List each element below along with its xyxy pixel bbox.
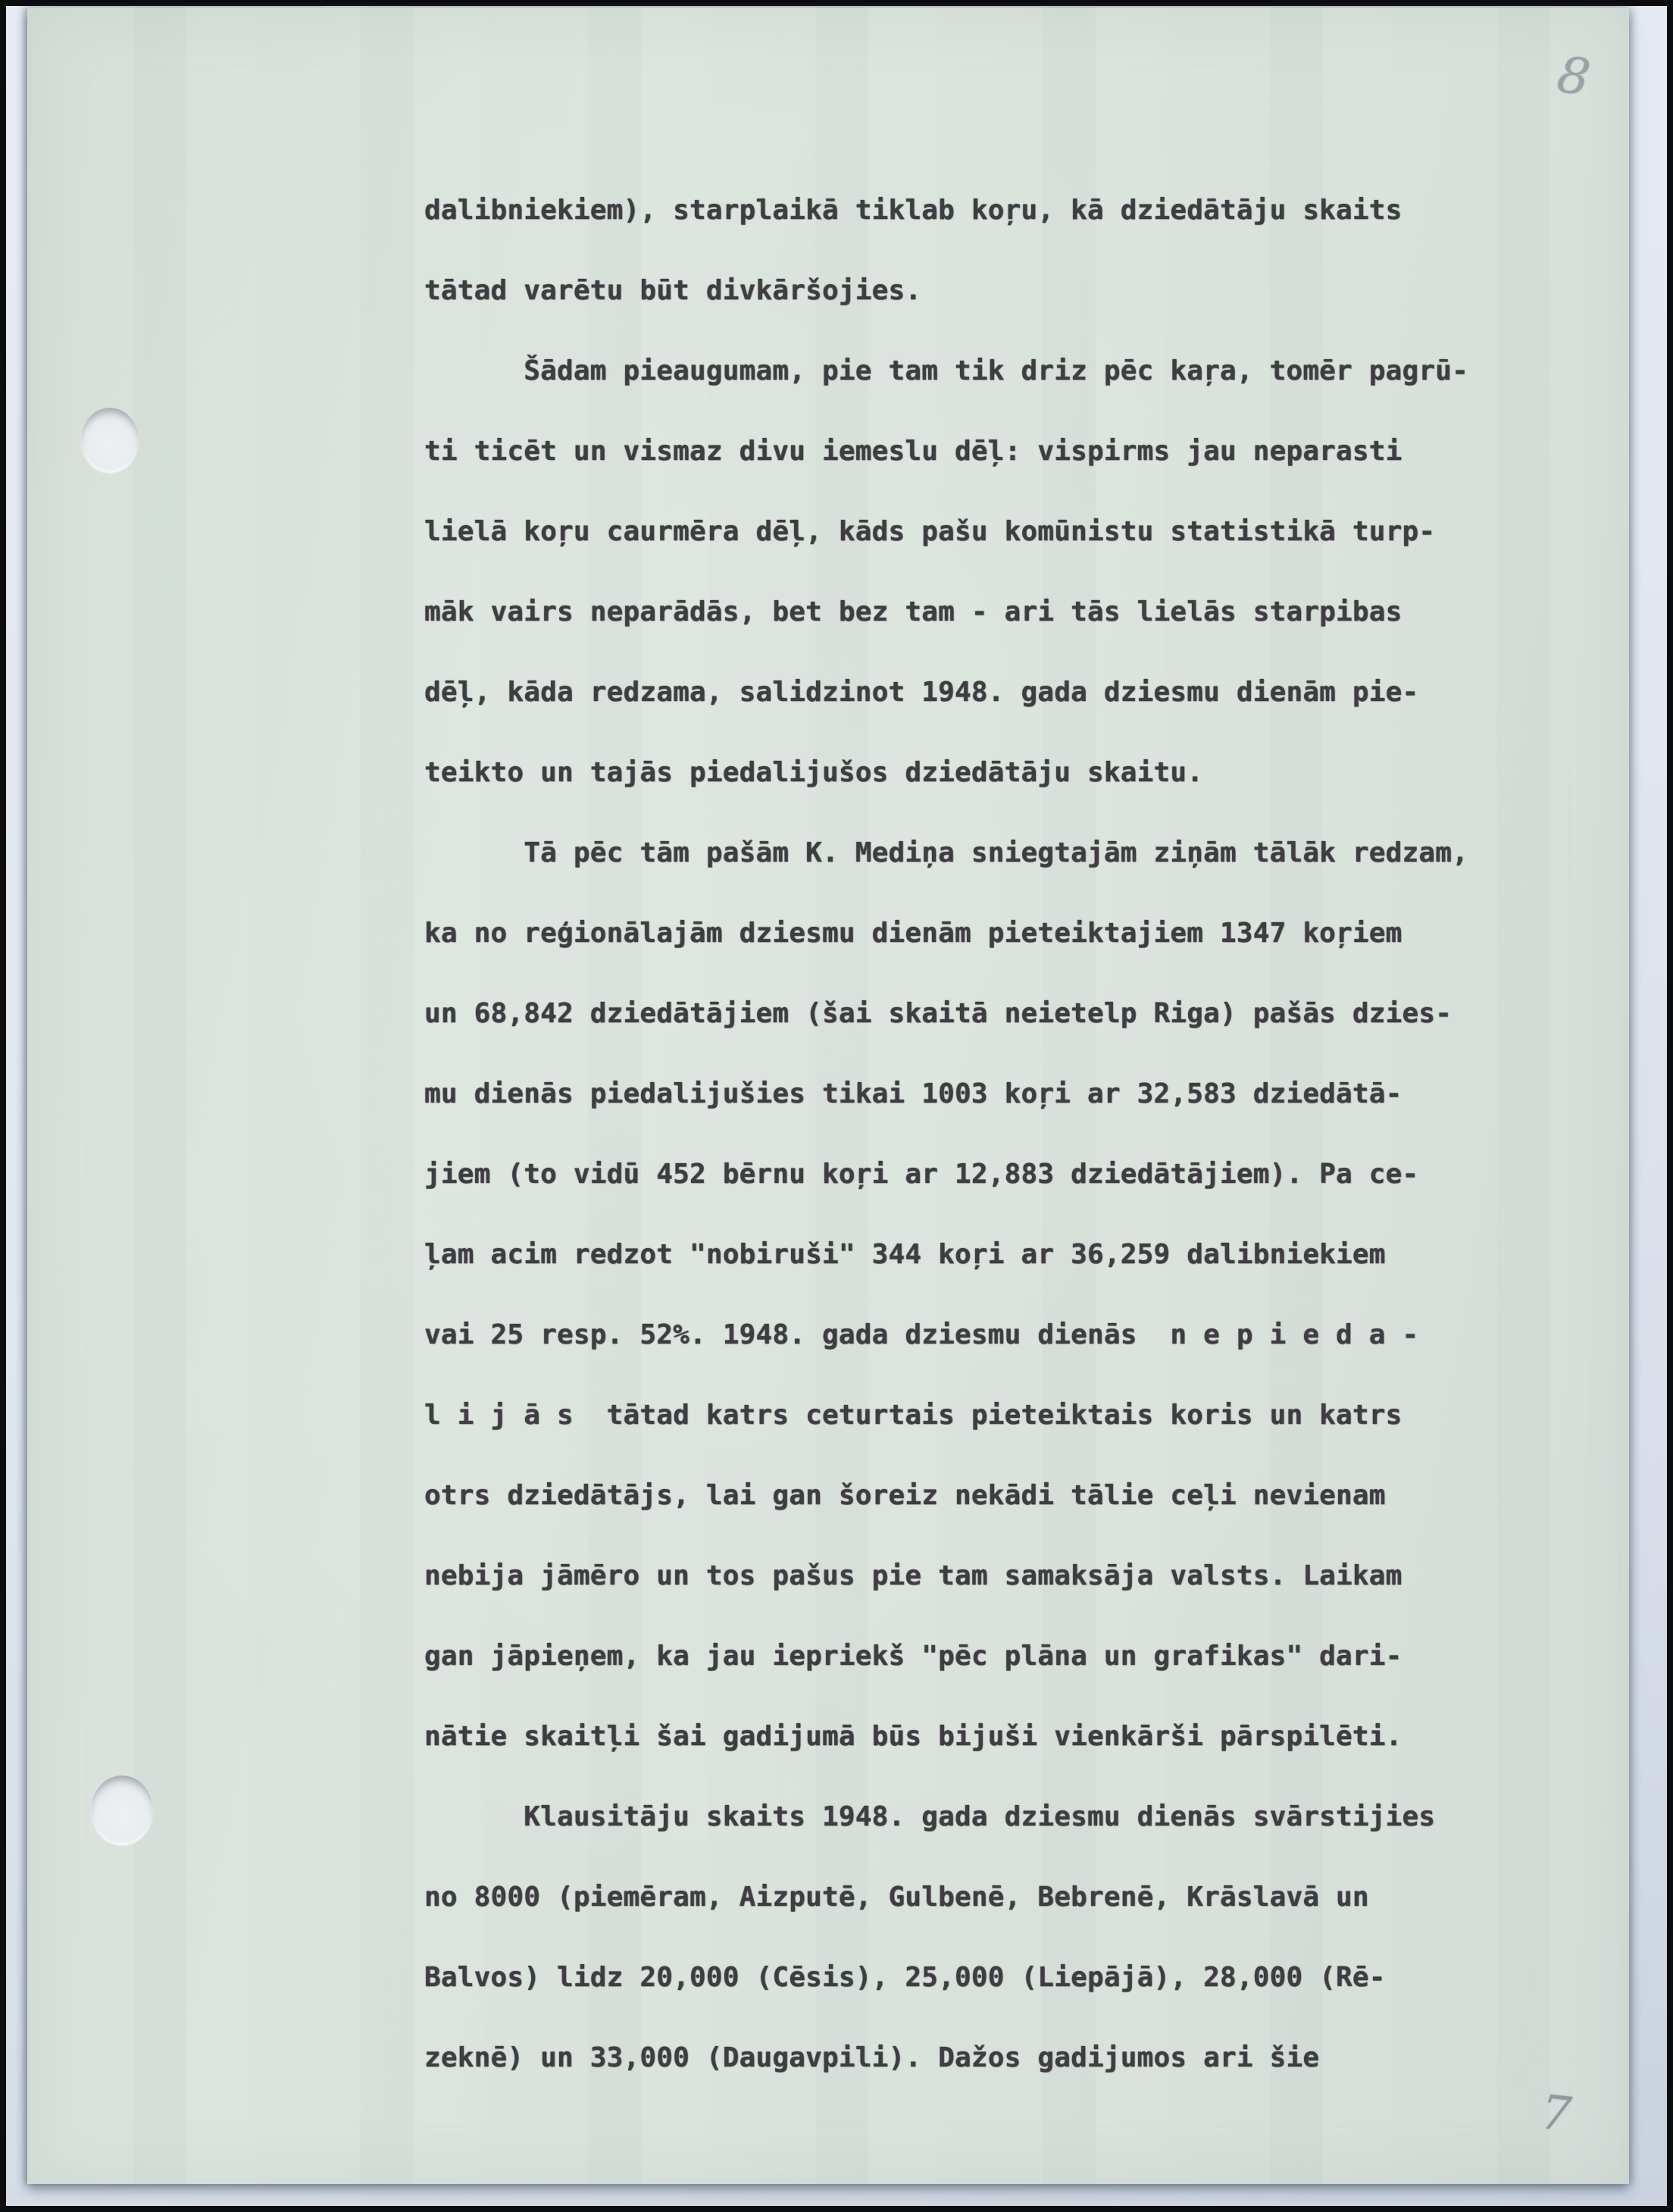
typed-line: teikto un tajās piedalijušos dziedātāju … bbox=[424, 733, 1531, 813]
typed-line: lielā koŗu caurmēra dēļ, kāds pašu komūn… bbox=[424, 492, 1531, 572]
typed-line: ļam acim redzot "nobiruši" 344 koŗi ar 3… bbox=[424, 1215, 1531, 1295]
typed-line: ka no reģionālajām dziesmu dienām pietei… bbox=[424, 893, 1531, 974]
typed-text-block: dalibniekiem), starplaikā tiklab koŗu, k… bbox=[424, 171, 1531, 2098]
scanned-document-screenshot: { "annotations": { "top_right_page_numbe… bbox=[0, 0, 1673, 2212]
typed-line: no 8000 (piemēram, Aizputē, Gulbenē, Beb… bbox=[424, 1857, 1531, 1938]
punch-hole-top bbox=[81, 408, 139, 473]
typed-line: Tā pēc tām pašām K. Mediņa sniegtajām zi… bbox=[424, 813, 1531, 893]
typed-line: mu dienās piedalijušies tikai 1003 koŗi … bbox=[424, 1054, 1531, 1134]
typed-line: nātie skaitļi šai gadijumā būs bijuši vi… bbox=[424, 1697, 1531, 1777]
typed-line: dalibniekiem), starplaikā tiklab koŗu, k… bbox=[424, 171, 1531, 251]
typed-line: ti ticēt un vismaz divu iemeslu dēļ: vis… bbox=[424, 411, 1531, 492]
typed-line: Balvos) lidz 20,000 (Cēsis), 25,000 (Lie… bbox=[424, 1938, 1531, 2018]
handwritten-corner-mark: 7 bbox=[1538, 2084, 1574, 2142]
typed-line: otrs dziedātājs, lai gan šoreiz nekādi t… bbox=[424, 1456, 1531, 1536]
typed-line: dēļ, kāda redzama, salidzinot 1948. gada… bbox=[424, 652, 1531, 733]
typed-line: Šādam pieaugumam, pie tam tik driz pēc k… bbox=[424, 331, 1531, 411]
typed-line: tātad varētu būt divkāršojies. bbox=[424, 251, 1531, 331]
typed-line: jiem (to vidū 452 bērnu koŗi ar 12,883 d… bbox=[424, 1134, 1531, 1215]
typed-line: māk vairs neparādās, bet bez tam - ari t… bbox=[424, 572, 1531, 652]
scanner-background: 8 dalibniekiem), starplaikā tiklab koŗu,… bbox=[6, 6, 1667, 2206]
typed-line: zeknē) un 33,000 (Daugavpili). Dažos gad… bbox=[424, 2018, 1531, 2098]
typed-line: Klausitāju skaits 1948. gada dziesmu die… bbox=[424, 1777, 1531, 1857]
paper-sheet: 8 dalibniekiem), starplaikā tiklab koŗu,… bbox=[27, 8, 1629, 2184]
typed-line: vai 25 resp. 52%. 1948. gada dziesmu die… bbox=[424, 1295, 1531, 1375]
punch-hole-bottom bbox=[91, 1776, 153, 1845]
typed-line: l i j ā s tātad katrs ceturtais pieteikt… bbox=[424, 1375, 1531, 1456]
typed-line: un 68,842 dziedātājiem (šai skaitā neiet… bbox=[424, 974, 1531, 1054]
typed-line: gan jāpieņem, ka jau iepriekš "pēc plāna… bbox=[424, 1616, 1531, 1697]
typed-line: nebija jāmēro un tos pašus pie tam samak… bbox=[424, 1536, 1531, 1616]
handwritten-page-number: 8 bbox=[1553, 45, 1594, 108]
